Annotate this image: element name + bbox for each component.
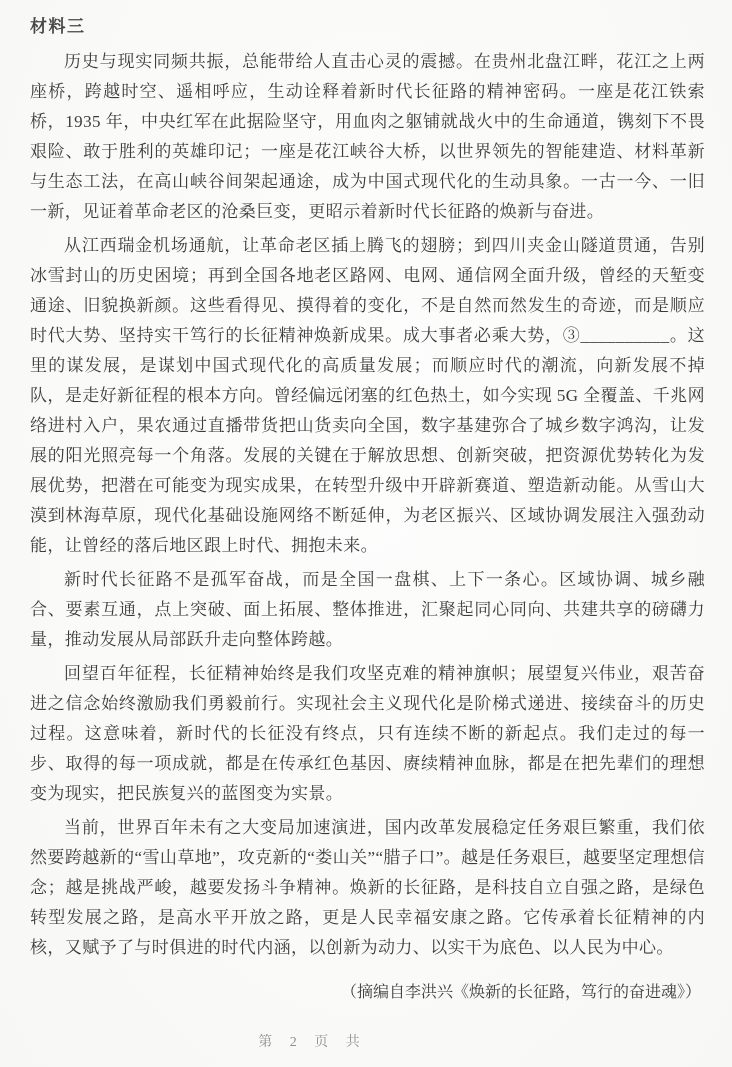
document-page: 材料三 历史与现实同频共振，总能带给人直击心灵的震撼。在贵州北盘江畔，花江之上两… xyxy=(0,0,732,1067)
source-attribution: （摘编自李洪兴《焕新的长征路，笃行的奋进魂》） xyxy=(30,979,701,1007)
paragraph-retrospect: 回望百年征程，长征精神始终是我们攻坚克难的精神旗帜；展望复兴伟业，艰苦奋进之信念… xyxy=(30,659,705,809)
paragraph-current: 当前，世界百年未有之大变局加速演进，国内改革发展稳定任务艰巨繁重，我们依然要跨越… xyxy=(30,813,705,963)
paragraph-bridges: 历史与现实同频共振，总能带给人直击心灵的震撼。在贵州北盘江畔，花江之上两座桥，跨… xyxy=(30,47,705,227)
material-heading: 材料三 xyxy=(30,12,705,37)
paragraph-coordination: 新时代长征路不是孤军奋战，而是全国一盘棋、上下一条心。区域协调、城乡融合、要素互… xyxy=(30,565,705,655)
paragraph-infrastructure: 从江西瑞金机场通航，让革命老区插上腾飞的翅膀；到四川夹金山隧道贯通，告别冰雪封山… xyxy=(30,231,705,561)
page-number-footer: 第 2 页 共 xyxy=(258,1031,367,1067)
